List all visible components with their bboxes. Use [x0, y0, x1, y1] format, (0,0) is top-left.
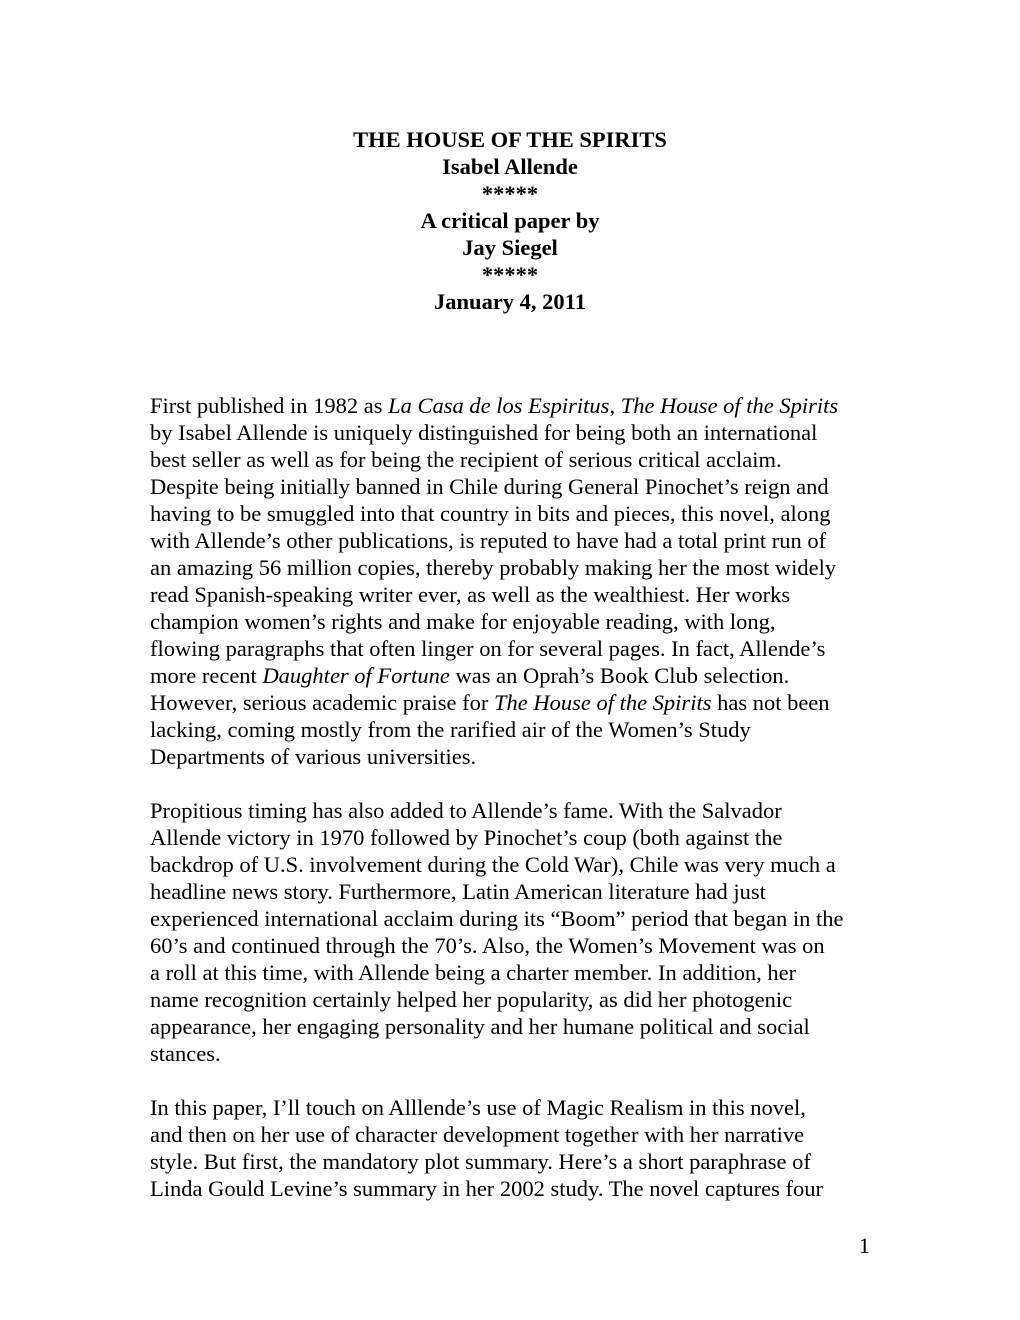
text-line: However, serious academic praise for The… — [150, 689, 890, 716]
document-body: First published in 1982 as La Casa de lo… — [150, 392, 890, 1229]
text-line: 60’s and continued through the 70’s. Als… — [150, 932, 890, 959]
text-line: lacking, coming mostly from the rarified… — [150, 716, 890, 743]
paragraph: Propitious timing has also added to Alle… — [150, 797, 890, 1067]
title-line: ***** — [0, 261, 1020, 288]
text-line: style. But first, the mandatory plot sum… — [150, 1148, 890, 1175]
paragraph: First published in 1982 as La Casa de lo… — [150, 392, 890, 770]
text-line: having to be smuggled into that country … — [150, 500, 890, 527]
text-line: backdrop of U.S. involvement during the … — [150, 851, 890, 878]
title-line: Jay Siegel — [0, 234, 1020, 261]
text-line: by Isabel Allende is uniquely distinguis… — [150, 419, 890, 446]
title-line: Isabel Allende — [0, 153, 1020, 180]
text-line: Departments of various universities. — [150, 743, 890, 770]
title-line: ***** — [0, 180, 1020, 207]
text-line: In this paper, I’ll touch on Alllende’s … — [150, 1094, 890, 1121]
text-line: champion women’s rights and make for enj… — [150, 608, 890, 635]
text-line: appearance, her engaging personality and… — [150, 1013, 890, 1040]
text-line: Despite being initially banned in Chile … — [150, 473, 890, 500]
title-line: THE HOUSE OF THE SPIRITS — [0, 126, 1020, 153]
text-line: read Spanish-speaking writer ever, as we… — [150, 581, 890, 608]
text-line: experienced international acclaim during… — [150, 905, 890, 932]
document-page: THE HOUSE OF THE SPIRITSIsabel Allende**… — [0, 0, 1020, 1320]
text-line: Propitious timing has also added to Alle… — [150, 797, 890, 824]
page-number: 1 — [810, 1232, 870, 1259]
text-line: an amazing 56 million copies, thereby pr… — [150, 554, 890, 581]
text-line: flowing paragraphs that often linger on … — [150, 635, 890, 662]
text-line: First published in 1982 as La Casa de lo… — [150, 392, 890, 419]
text-line: Allende victory in 1970 followed by Pino… — [150, 824, 890, 851]
text-line: best seller as well as for being the rec… — [150, 446, 890, 473]
text-line: name recognition certainly helped her po… — [150, 986, 890, 1013]
text-line: stances. — [150, 1040, 890, 1067]
title-line: January 4, 2011 — [0, 288, 1020, 315]
text-line: headline news story. Furthermore, Latin … — [150, 878, 890, 905]
text-line: a roll at this time, with Allende being … — [150, 959, 890, 986]
text-line: Linda Gould Levine’s summary in her 2002… — [150, 1175, 890, 1202]
text-line: more recent Daughter of Fortune was an O… — [150, 662, 890, 689]
text-line: with Allende’s other publications, is re… — [150, 527, 890, 554]
title-block: THE HOUSE OF THE SPIRITSIsabel Allende**… — [0, 126, 1020, 315]
title-line: A critical paper by — [0, 207, 1020, 234]
text-line: and then on her use of character develop… — [150, 1121, 890, 1148]
paragraph: In this paper, I’ll touch on Alllende’s … — [150, 1094, 890, 1202]
